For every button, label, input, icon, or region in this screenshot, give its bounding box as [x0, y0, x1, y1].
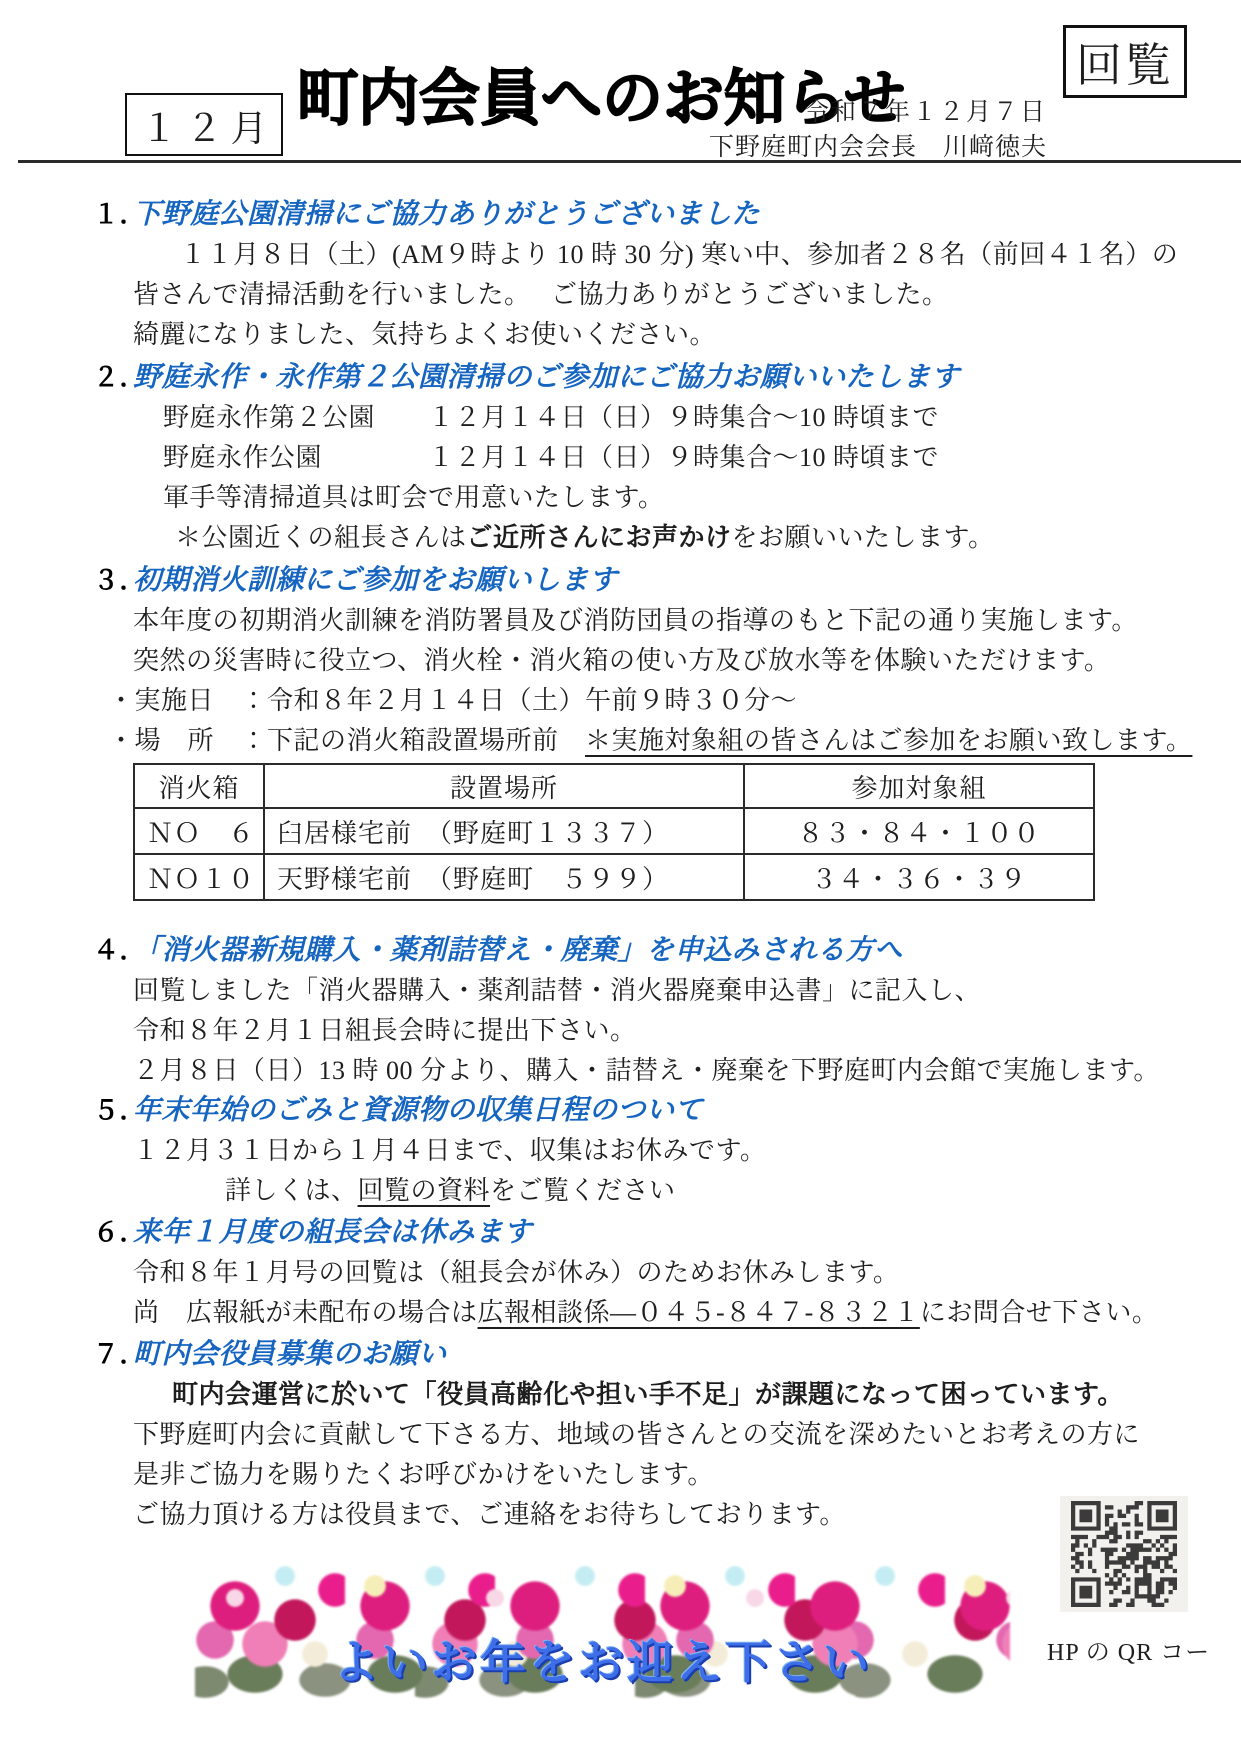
col-header-firebox: 消火箱	[134, 764, 264, 808]
section-7-heading-row: ７． 町内会役員募集のお願い	[0, 1332, 1241, 1372]
s1-line-1: １１月８日（土）(AM９時より 10 時 30 分) 寒い中、参加者２８名（前回…	[0, 232, 1241, 272]
s3-place-line: ・場 所 ：下記の消火箱設置場所前 ＊実施対象組の皆さんはご参加をお願い致します…	[0, 718, 1241, 758]
s2-note-bold: ご近所さんにお声かけ	[467, 517, 732, 554]
kairan-label: 回覧	[1076, 29, 1174, 95]
s7-line-3: 是非ご協力を賜りたくお呼びかけをいたします。	[0, 1452, 1241, 1492]
col-header-location: 設置場所	[264, 764, 744, 808]
section-6-heading-row: ６． 来年１月度の組長会は休みます	[0, 1210, 1241, 1250]
s1-line-2: 皆さんで清掃活動を行いました。 ご協力ありがとうございました。	[0, 272, 1241, 312]
s4-line-2: 令和８年２月１日組長会時に提出下さい。	[0, 1008, 1241, 1048]
section-7-number: ７．	[93, 1334, 133, 1371]
table-row: ＮＯ１０ 天野様宅前 （野庭町 ５９９） ３４・３６・３９	[134, 854, 1094, 900]
month-label: １２月	[141, 98, 276, 152]
section-2-number: ２．	[93, 357, 133, 394]
s1-line-3: 綺麗になりました、気持ちよくお使いください。	[0, 312, 1241, 352]
section-3-number: ３．	[93, 560, 133, 597]
s2-line-3: 軍手等清掃道具は町会で用意いたします。	[0, 475, 1241, 515]
section-6-heading: 来年１月度の組長会は休みます	[133, 1210, 532, 1250]
s2-note-suffix: をお願いいたします。	[732, 517, 995, 554]
section-3-heading-row: ３． 初期消火訓練にご参加をお願いします	[0, 558, 1241, 598]
kairan-stamp: 回覧	[1063, 25, 1187, 98]
s6-contact-suffix: にお問合せ下さい。	[920, 1292, 1159, 1329]
table-cell-groups: ３４・３６・３９	[744, 854, 1094, 900]
s4-line-3: ２月８日（日）13 時 00 分より、購入・詰替え・廃棄を下野庭町内会館で実施し…	[0, 1048, 1241, 1088]
section-6-number: ６．	[93, 1212, 133, 1249]
section-4-number: ４．	[93, 930, 133, 967]
section-4-heading: 「消火器新規購入・薬剤詰替え・廃棄」を申込みされる方へ	[133, 928, 903, 968]
table-header-row: 消火箱 設置場所 参加対象組	[134, 764, 1094, 808]
s5-detail-prefix: 詳しくは、	[225, 1170, 358, 1207]
s6-contact-phone: 広報相談係―０４５-８４７-８３２１	[478, 1292, 920, 1329]
table-cell-no: ＮＯ ６	[134, 808, 264, 854]
new-year-greeting: よいお年をお迎え下さい	[195, 1626, 1010, 1692]
s3-place-note: ＊実施対象組の皆さんはご参加をお願い致します。	[585, 720, 1192, 757]
s4-line-1: 回覧しました「消火器購入・薬剤詰替・消火器廃棄申込書」に記入し、	[0, 968, 1241, 1008]
s5-detail-line: 詳しくは、 回覧の資料 をご覧ください	[0, 1168, 1241, 1208]
s3-date-line: ・実施日 ：令和８年２月１４日（土）午前９時３０分～	[0, 678, 1241, 718]
qr-code-svg	[1071, 1501, 1177, 1607]
s2-line-1: 野庭永作第２公園 １２月１４日（日）９時集合～10 時頃まで	[0, 395, 1241, 435]
s6-contact-line: 尚 広報紙が未配布の場合は 広報相談係―０４５-８４７-８３２１ にお問合せ下さ…	[0, 1290, 1241, 1330]
table-row: ＮＯ ６ 臼居様宅前 （野庭町１３３７） ８３・８４・１００	[134, 808, 1094, 854]
s7-line-2: 下野庭町内会に貢献して下さる方、地域の皆さんとの交流を深めたいとお考えの方に	[0, 1412, 1241, 1452]
flower-banner-image: よいお年をお迎え下さい	[195, 1558, 1010, 1710]
header-divider	[18, 160, 1241, 163]
fire-box-table: 消火箱 設置場所 参加対象組 ＮＯ ６ 臼居様宅前 （野庭町１３３７） ８３・８…	[133, 763, 1095, 901]
table-cell-groups: ８３・８４・１００	[744, 808, 1094, 854]
section-7-heading: 町内会役員募集のお願い	[133, 1332, 447, 1372]
section-1-heading: 下野庭公園清掃にご協力ありがとうございました	[133, 192, 760, 232]
table-cell-location: 天野様宅前 （野庭町 ５９９）	[264, 854, 744, 900]
qr-code-image	[1060, 1496, 1188, 1612]
section-2-heading: 野庭永作・永作第２公園清掃のご参加にご協力お願いいたします	[133, 355, 960, 395]
section-2-heading-row: ２． 野庭永作・永作第２公園清掃のご参加にご協力お願いいたします	[0, 355, 1241, 395]
section-1: １． 下野庭公園清掃にご協力ありがとうございました １１月８日（土）(AM９時よ…	[0, 192, 1241, 352]
section-5-heading-row: ５． 年末年始のごみと資源物の収集日程のついて	[0, 1088, 1241, 1128]
section-3: ３． 初期消火訓練にご参加をお願いします 本年度の初期消火訓練を消防署員及び消防…	[0, 558, 1241, 758]
table-cell-location: 臼居様宅前 （野庭町１３３７）	[264, 808, 744, 854]
section-4-heading-row: ４． 「消火器新規購入・薬剤詰替え・廃棄」を申込みされる方へ	[0, 928, 1241, 968]
s3-line-1: 本年度の初期消火訓練を消防署員及び消防団員の指導のもと下記の通り実施します。	[0, 598, 1241, 638]
section-5-heading: 年末年始のごみと資源物の収集日程のついて	[133, 1088, 703, 1128]
s7-line-4: ご協力頂ける方は役員まで、ご連絡をお待ちしております。	[0, 1492, 1241, 1532]
section-7: ７． 町内会役員募集のお願い 町内会運営に於いて「役員高齢化や担い手不足」が課題…	[0, 1332, 1241, 1532]
section-5: ５． 年末年始のごみと資源物の収集日程のついて １２月３１日から１月４日まで、収…	[0, 1088, 1241, 1208]
col-header-groups: 参加対象組	[744, 764, 1094, 808]
s5-line-1: １２月３１日から１月４日まで、収集はお休みです。	[0, 1128, 1241, 1168]
s5-detail-underline: 回覧の資料	[358, 1170, 491, 1207]
section-3-heading: 初期消火訓練にご参加をお願いします	[133, 558, 618, 598]
section-1-number: １．	[93, 194, 133, 231]
section-1-heading-row: １． 下野庭公園清掃にご協力ありがとうございました	[0, 192, 1241, 232]
table-cell-no: ＮＯ１０	[134, 854, 264, 900]
issue-date: 令和７年１２月７日	[804, 92, 1047, 128]
s2-note-line: ＊公園近くの組長さんは ご近所さんにお声かけ をお願いいたします。	[0, 515, 1241, 555]
s3-place-prefix: ・場 所 ：下記の消火箱設置場所前	[108, 720, 585, 757]
s2-line-2: 野庭永作公園 １２月１４日（日）９時集合～10 時頃まで	[0, 435, 1241, 475]
s2-note-prefix: ＊公園近くの組長さんは	[175, 517, 467, 554]
s6-contact-prefix: 尚 広報紙が未配布の場合は	[133, 1292, 478, 1329]
s6-line-1: 令和８年１月号の回覧は（組長会が休み）のためお休みします。	[0, 1250, 1241, 1290]
month-box: １２月	[125, 93, 283, 156]
section-2: ２． 野庭永作・永作第２公園清掃のご参加にご協力お願いいたします 野庭永作第２公…	[0, 355, 1241, 555]
newsletter-page: １２月 町内会員へのお知らせ 回覧 令和７年１２月７日 下野庭町内会会長 川﨑徳…	[0, 0, 1241, 1755]
s7-line-1: 町内会運営に於いて「役員高齢化や担い手不足」が課題になって困っています。	[0, 1372, 1241, 1412]
s3-line-2: 突然の災害時に役立つ、消火栓・消火箱の使い方及び放水等を体験いただけます。	[0, 638, 1241, 678]
section-4: ４． 「消火器新規購入・薬剤詰替え・廃棄」を申込みされる方へ 回覧しました「消火…	[0, 928, 1241, 1088]
section-5-number: ５．	[93, 1090, 133, 1127]
section-6: ６． 来年１月度の組長会は休みます 令和８年１月号の回覧は（組長会が休み）のため…	[0, 1210, 1241, 1330]
chairman-name: 下野庭町内会会長 川﨑徳夫	[709, 127, 1047, 163]
qr-caption: HP の QR コー	[1047, 1632, 1210, 1667]
s5-detail-suffix: をご覧ください	[490, 1170, 676, 1207]
